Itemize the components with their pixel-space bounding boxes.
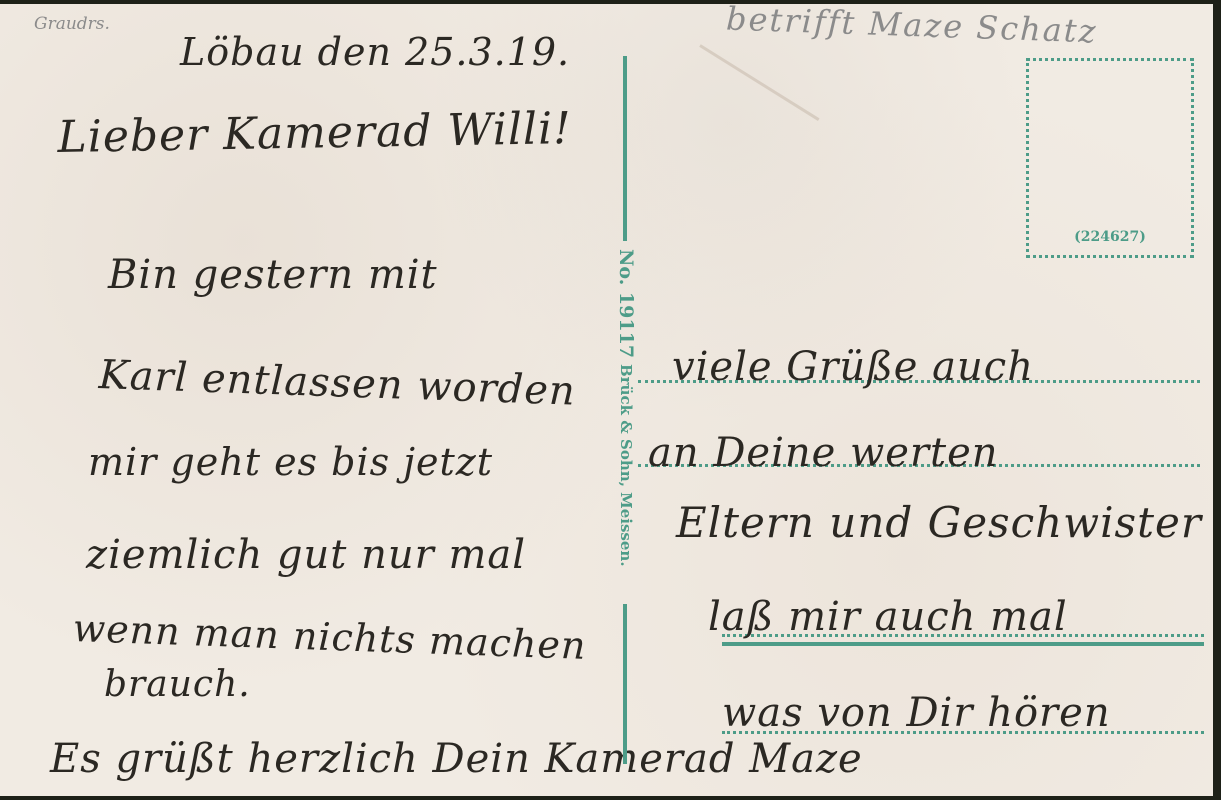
message-line-5: wenn man nichts machen: [72, 606, 587, 668]
message-line-4: ziemlich gut nur mal: [86, 532, 526, 578]
salutation: Lieber Kamerad Willi!: [57, 103, 572, 163]
stamp-box: (224627): [1026, 58, 1194, 258]
address-text-4: laß mir auch mal: [708, 594, 1068, 640]
publisher-name: Brück & Sohn, Meissen.: [617, 364, 635, 567]
message-line-3: mir geht es bis jetzt: [88, 440, 493, 484]
message-line-2: Karl entlassen worden: [98, 352, 577, 415]
address-line-3-solid: [722, 642, 1204, 646]
stamp-box-code: (224627): [1029, 229, 1191, 245]
message-line-1: Bin gestern mit: [108, 252, 438, 298]
address-text-2: an Deine werten: [648, 430, 999, 476]
pencil-note-top-left: Graudrs.: [34, 14, 110, 34]
message-line-6: brauch.: [104, 664, 251, 705]
address-text-3: Eltern und Geschwister: [676, 498, 1202, 547]
address-text-1: viele Grüße auch: [672, 344, 1034, 390]
publisher-number: No. 19117: [615, 249, 637, 358]
address-text-5: was von Dir hören: [722, 690, 1111, 736]
divider-line-bottom: [623, 604, 627, 764]
publisher-imprint: No. 19117 Brück & Sohn, Meissen.: [611, 249, 641, 609]
paper-crease: [699, 44, 819, 121]
closing-line: Es grüßt herzlich Dein Kamerad Maze: [50, 736, 863, 782]
divider-line-top: [623, 56, 627, 241]
postcard: Graudrs. betrifft Maze Schatz Löbau den …: [0, 4, 1213, 796]
pencil-note-top-right: betrifft Maze Schatz: [725, 4, 1098, 50]
date-line: Löbau den 25.3.19.: [180, 30, 570, 74]
